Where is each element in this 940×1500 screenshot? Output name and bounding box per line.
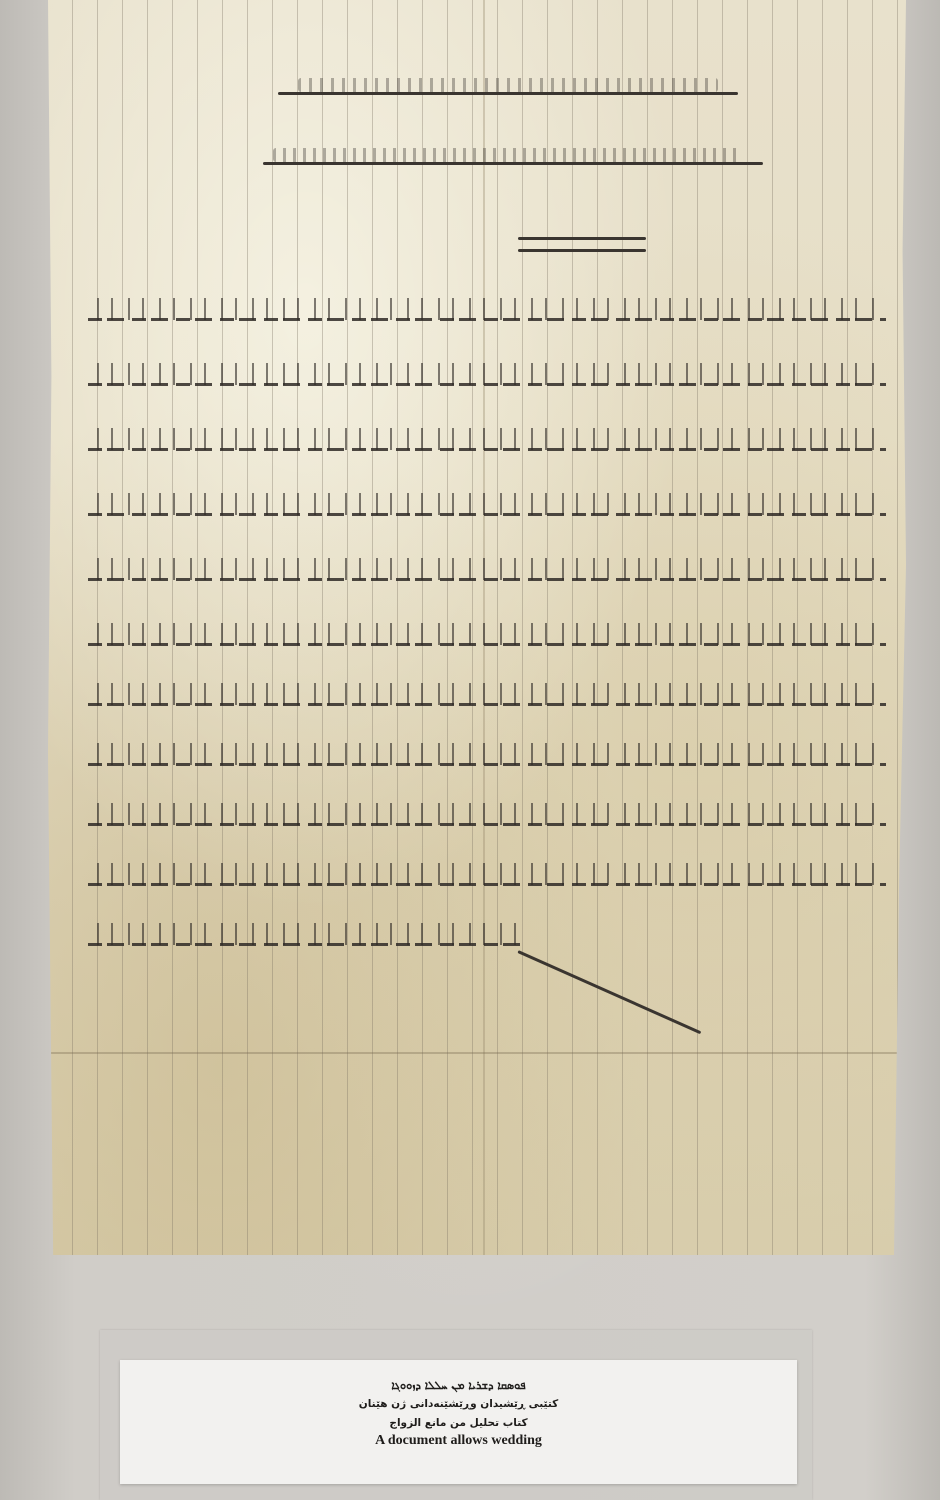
heading-underline [518,237,646,261]
manuscript-line-last [88,915,526,965]
manuscript-document [48,0,906,1255]
manuscript-line [88,485,886,535]
heading-line-2 [263,140,763,180]
heading-line-1 [278,70,738,110]
caption-label: ܦܘܣܩܐ ܕܫܪܝܐ ܡܢ ܚܠܠܐ ܕܙܘܘܓܐ کتێبی ڕێشیدان… [120,1360,797,1484]
caption-arabic: كتاب تحليل من مانع الزواج [120,1414,797,1433]
manuscript-line [88,795,886,845]
caption-kurdish: کتێبی ڕێشیدان وڕێشێنەدانی ژن هێنان [120,1395,797,1414]
closing-flourish [517,950,701,1034]
manuscript-line [88,290,886,340]
manuscript-line [88,855,886,905]
caption-syriac: ܦܘܣܩܐ ܕܫܪܝܐ ܡܢ ܚܠܠܐ ܕܙܘܘܓܐ [120,1376,797,1395]
manuscript-line [88,735,886,785]
manuscript-line [88,420,886,470]
caption-english: A document allows wedding [120,1433,797,1449]
manuscript-line [88,550,886,600]
manuscript-line [88,675,886,725]
manuscript-line [88,355,886,405]
manuscript-line [88,615,886,665]
